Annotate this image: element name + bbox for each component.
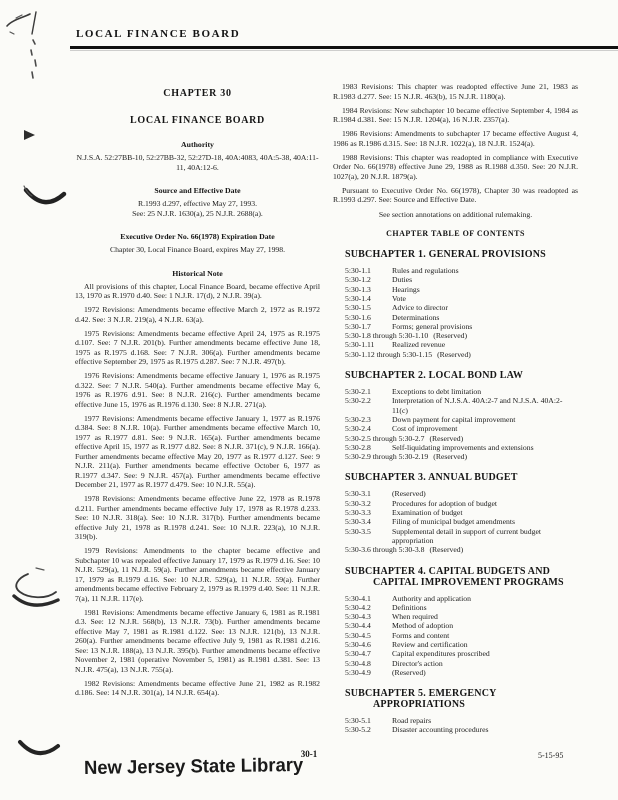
toc-entry: 5:30-2.4Cost of improvement	[333, 424, 578, 433]
toc-entry-number: 5:30-4.7	[345, 649, 392, 658]
toc-entry: 5:30-2.8Self-liquidating improvements an…	[333, 443, 578, 452]
revision-paragraph: 1983 Revisions: This chapter was readopt…	[333, 82, 578, 101]
toc-entry: 5:30-1.4Vote	[333, 294, 578, 303]
historical-paragraph: 1976 Revisions: Amendments became effect…	[75, 371, 320, 409]
toc-entry-number: 5:30-1.2	[345, 275, 392, 284]
toc-entry-number: 5:30-3.4	[345, 517, 392, 526]
toc-entry-title: (Reserved)	[429, 434, 578, 443]
toc-entry-title: Capital expenditures proscribed	[392, 649, 578, 658]
toc-entry: 5:30-2.1Exceptions to debt limitation	[333, 387, 578, 396]
toc-entry-number: 5:30-4.2	[345, 603, 392, 612]
subchapter-heading: SUBCHAPTER 3. ANNUAL BUDGET	[333, 472, 578, 483]
toc-entry-number: 5:30-3.2	[345, 499, 392, 508]
toc-entry: 5:30-2.2Interpretation of N.J.S.A. 40A:2…	[333, 396, 578, 415]
toc-entry: 5:30-2.3Down payment for capital improve…	[333, 415, 578, 424]
toc-entry-title: Review and certification	[392, 640, 578, 649]
toc-entry-number: 5:30-3.1	[345, 489, 392, 498]
toc-entry-number: 5:30-4.6	[345, 640, 392, 649]
toc-entry-number: 5:30-1.4	[345, 294, 392, 303]
toc-entry: 5:30-1.5Advice to director	[333, 303, 578, 312]
toc-entry: 5:30-2.9 through 5:30-2.19(Reserved)	[333, 452, 578, 461]
historical-paragraph: 1981 Revisions: Amendments became effect…	[75, 608, 320, 675]
toc-entry: 5:30-3.1(Reserved)	[333, 489, 578, 498]
toc-entry-number: 5:30-1.3	[345, 285, 392, 294]
toc-entry-title: Rules and regulations	[392, 266, 578, 275]
historical-paragraph: 1979 Revisions: Amendments to the chapte…	[75, 546, 320, 603]
historical-paragraph: 1978 Revisions: Amendments became effect…	[75, 494, 320, 542]
toc-entry-number: 5:30-4.8	[345, 659, 392, 668]
historical-paragraph: 1975 Revisions: Amendments became effect…	[75, 329, 320, 367]
toc-entry-number: 5:30-5.2	[345, 725, 392, 734]
toc-entry-number: 5:30-1.1	[345, 266, 392, 275]
historical-paragraph: All provisions of this chapter, Local Fi…	[75, 282, 320, 301]
authority-heading: Authority	[75, 140, 320, 149]
toc-entry-number: 5:30-1.12 through 5:30-1.15	[345, 350, 437, 359]
toc-entry-title: (Reserved)	[437, 350, 578, 359]
toc-entry: 5:30-4.2Definitions	[333, 603, 578, 612]
historical-note-heading: Historical Note	[75, 269, 320, 278]
toc-entry: 5:30-4.5Forms and content	[333, 631, 578, 640]
toc-entry: 5:30-4.9(Reserved)	[333, 668, 578, 677]
toc-entry-number: 5:30-4.1	[345, 594, 392, 603]
toc-entry-number: 5:30-4.9	[345, 668, 392, 677]
toc-entry-title: Definitions	[392, 603, 578, 612]
header-rule	[70, 46, 618, 49]
subchapter-heading: SUBCHAPTER 4. CAPITAL BUDGETS AND CAPITA…	[333, 566, 578, 588]
historical-paragraph: 1977 Revisions: Amendments became effect…	[75, 414, 320, 490]
toc-entry: 5:30-4.7Capital expenditures proscribed	[333, 649, 578, 658]
toc-entry: 5:30-1.6Determinations	[333, 313, 578, 322]
left-column: CHAPTER 30 LOCAL FINANCE BOARD Authority…	[75, 82, 320, 735]
toc-entry-number: 5:30-2.3	[345, 415, 392, 424]
toc-heading: CHAPTER TABLE OF CONTENTS	[333, 229, 578, 238]
toc-entry-number: 5:30-3.5	[345, 527, 392, 546]
toc-entry-number: 5:30-4.4	[345, 621, 392, 630]
toc-entry-title: Authority and application	[392, 594, 578, 603]
toc-list: SUBCHAPTER 1. GENERAL PROVISIONS5:30-1.1…	[333, 249, 578, 735]
revision-paragraph: 1984 Revisions: New subchapter 10 became…	[333, 106, 578, 125]
toc-entry: 5:30-4.8Director's action	[333, 659, 578, 668]
toc-entry-number: 5:30-1.8 through 5:30-1.10	[345, 331, 433, 340]
toc-entry-number: 5:30-2.9 through 5:30-2.19	[345, 452, 433, 461]
toc-entry-title: Forms; general provisions	[392, 322, 578, 331]
toc-entry-title: Down payment for capital improvement	[392, 415, 578, 424]
expiration-text: Chapter 30, Local Finance Board, expires…	[75, 245, 320, 255]
toc-entry: 5:30-1.3Hearings	[333, 285, 578, 294]
toc-entry-number: 5:30-1.11	[345, 340, 392, 349]
toc-entry-title: (Reserved)	[433, 452, 578, 461]
toc-entry: 5:30-4.4Method of adoption	[333, 621, 578, 630]
toc-entry-title: Advice to director	[392, 303, 578, 312]
toc-entry: 5:30-1.8 through 5:30-1.10(Reserved)	[333, 331, 578, 340]
toc-entry: 5:30-1.1Rules and regulations	[333, 266, 578, 275]
toc-entry-number: 5:30-4.5	[345, 631, 392, 640]
revision-paragraph: 1988 Revisions: This chapter was readopt…	[333, 153, 578, 182]
chapter-title: LOCAL FINANCE BOARD	[75, 115, 320, 126]
toc-entry-title: (Reserved)	[392, 489, 578, 498]
historical-paragraph: 1982 Revisions: Amendments became effect…	[75, 679, 320, 698]
toc-entry: 5:30-1.11Realized revenue	[333, 340, 578, 349]
revision-paragraph: Pursuant to Executive Order No. 66(1978)…	[333, 186, 578, 205]
page-body: CHAPTER 30 LOCAL FINANCE BOARD Authority…	[75, 82, 578, 735]
toc-entry: 5:30-1.12 through 5:30-1.15(Reserved)	[333, 350, 578, 359]
toc-entry-title: Realized revenue	[392, 340, 578, 349]
toc-entry-title: (Reserved)	[429, 545, 578, 554]
historical-note-paragraphs: All provisions of this chapter, Local Fi…	[75, 282, 320, 698]
footer-date: 5-15-95	[538, 751, 563, 760]
annotation-note: See section annotations on additional ru…	[333, 210, 578, 220]
header-rule-echo	[70, 50, 618, 51]
toc-entry-title: Procedures for adoption of budget	[392, 499, 578, 508]
toc-entry-title: Exceptions to debt limitation	[392, 387, 578, 396]
scan-artifact-crescent-1	[22, 182, 68, 218]
toc-entry-title: Determinations	[392, 313, 578, 322]
toc-entry-title: Supplemental detail in support of curren…	[392, 527, 578, 546]
toc-entry-title: Filing of municipal budget amendments	[392, 517, 578, 526]
toc-entry-title: Self-liquidating improvements and extens…	[392, 443, 578, 452]
toc-entry-title: Interpretation of N.J.S.A. 40A:2-7 and N…	[392, 396, 578, 415]
toc-entry-title: When required	[392, 612, 578, 621]
toc-entry: 5:30-3.4Filing of municipal budget amend…	[333, 517, 578, 526]
toc-entry: 5:30-3.6 through 5:30-3.8(Reserved)	[333, 545, 578, 554]
toc-entry: 5:30-3.5Supplemental detail in support o…	[333, 527, 578, 546]
scan-artifact-top-scribble	[2, 8, 66, 88]
toc-entry-title: Hearings	[392, 285, 578, 294]
toc-entry-number: 5:30-3.6 through 5:30-3.8	[345, 545, 429, 554]
right-column: 1983 Revisions: This chapter was readopt…	[333, 82, 578, 735]
toc-entry-number: 5:30-2.5 through 5:30-2.7	[345, 434, 429, 443]
toc-entry-title: Road repairs	[392, 716, 578, 725]
toc-entry-title: (Reserved)	[433, 331, 578, 340]
toc-entry-number: 5:30-1.7	[345, 322, 392, 331]
toc-entry: 5:30-4.6Review and certification	[333, 640, 578, 649]
subchapter-heading: SUBCHAPTER 2. LOCAL BOND LAW	[333, 370, 578, 381]
toc-entry-number: 5:30-3.3	[345, 508, 392, 517]
source-line-1: R.1993 d.297, effective May 27, 1993.	[75, 199, 320, 209]
source-line-2: See: 25 N.J.R. 1630(a), 25 N.J.R. 2688(a…	[75, 209, 320, 219]
toc-entry: 5:30-1.2Duties	[333, 275, 578, 284]
toc-entry-title: Director's action	[392, 659, 578, 668]
scan-artifact-triangle-mark	[22, 128, 38, 142]
scan-artifact-squiggle	[6, 566, 64, 616]
toc-entry-title: (Reserved)	[392, 668, 578, 677]
toc-entry-title: Disaster accounting procedures	[392, 725, 578, 734]
expiration-heading: Executive Order No. 66(1978) Expiration …	[75, 232, 320, 241]
toc-entry-title: Duties	[392, 275, 578, 284]
toc-entry-number: 5:30-2.1	[345, 387, 392, 396]
subchapter-heading: SUBCHAPTER 5. EMERGENCY APPROPRIATIONS	[333, 688, 578, 710]
running-head: LOCAL FINANCE BOARD	[76, 28, 240, 40]
source-heading: Source and Effective Date	[75, 186, 320, 195]
right-paragraphs: 1983 Revisions: This chapter was readopt…	[333, 82, 578, 205]
toc-entry: 5:30-1.7Forms; general provisions	[333, 322, 578, 331]
toc-entry-title: Vote	[392, 294, 578, 303]
toc-entry-number: 5:30-2.2	[345, 396, 392, 415]
toc-entry-number: 5:30-1.6	[345, 313, 392, 322]
toc-entry-number: 5:30-4.3	[345, 612, 392, 621]
toc-entry-number: 5:30-2.8	[345, 443, 392, 452]
toc-entry: 5:30-3.3Examination of budget	[333, 508, 578, 517]
library-stamp: New Jersey State Library	[84, 755, 304, 780]
toc-entry-number: 5:30-2.4	[345, 424, 392, 433]
toc-entry-title: Method of adoption	[392, 621, 578, 630]
toc-entry-title: Cost of improvement	[392, 424, 578, 433]
chapter-number: CHAPTER 30	[75, 88, 320, 99]
toc-entry: 5:30-3.2Procedures for adoption of budge…	[333, 499, 578, 508]
toc-entry: 5:30-2.5 through 5:30-2.7(Reserved)	[333, 434, 578, 443]
authority-text: N.J.S.A. 52:27BB-10, 52:27BB-32, 52:27D-…	[75, 153, 320, 172]
toc-entry: 5:30-4.1Authority and application	[333, 594, 578, 603]
toc-entry: 5:30-5.1Road repairs	[333, 716, 578, 725]
historical-paragraph: 1972 Revisions: Amendments became effect…	[75, 305, 320, 324]
toc-entry-number: 5:30-1.5	[345, 303, 392, 312]
toc-entry-title: Forms and content	[392, 631, 578, 640]
revision-paragraph: 1986 Revisions: Amendments to subchapter…	[333, 129, 578, 148]
toc-entry-number: 5:30-5.1	[345, 716, 392, 725]
toc-entry-title: Examination of budget	[392, 508, 578, 517]
subchapter-heading: SUBCHAPTER 1. GENERAL PROVISIONS	[333, 249, 578, 260]
toc-entry: 5:30-4.3When required	[333, 612, 578, 621]
toc-entry: 5:30-5.2Disaster accounting procedures	[333, 725, 578, 734]
